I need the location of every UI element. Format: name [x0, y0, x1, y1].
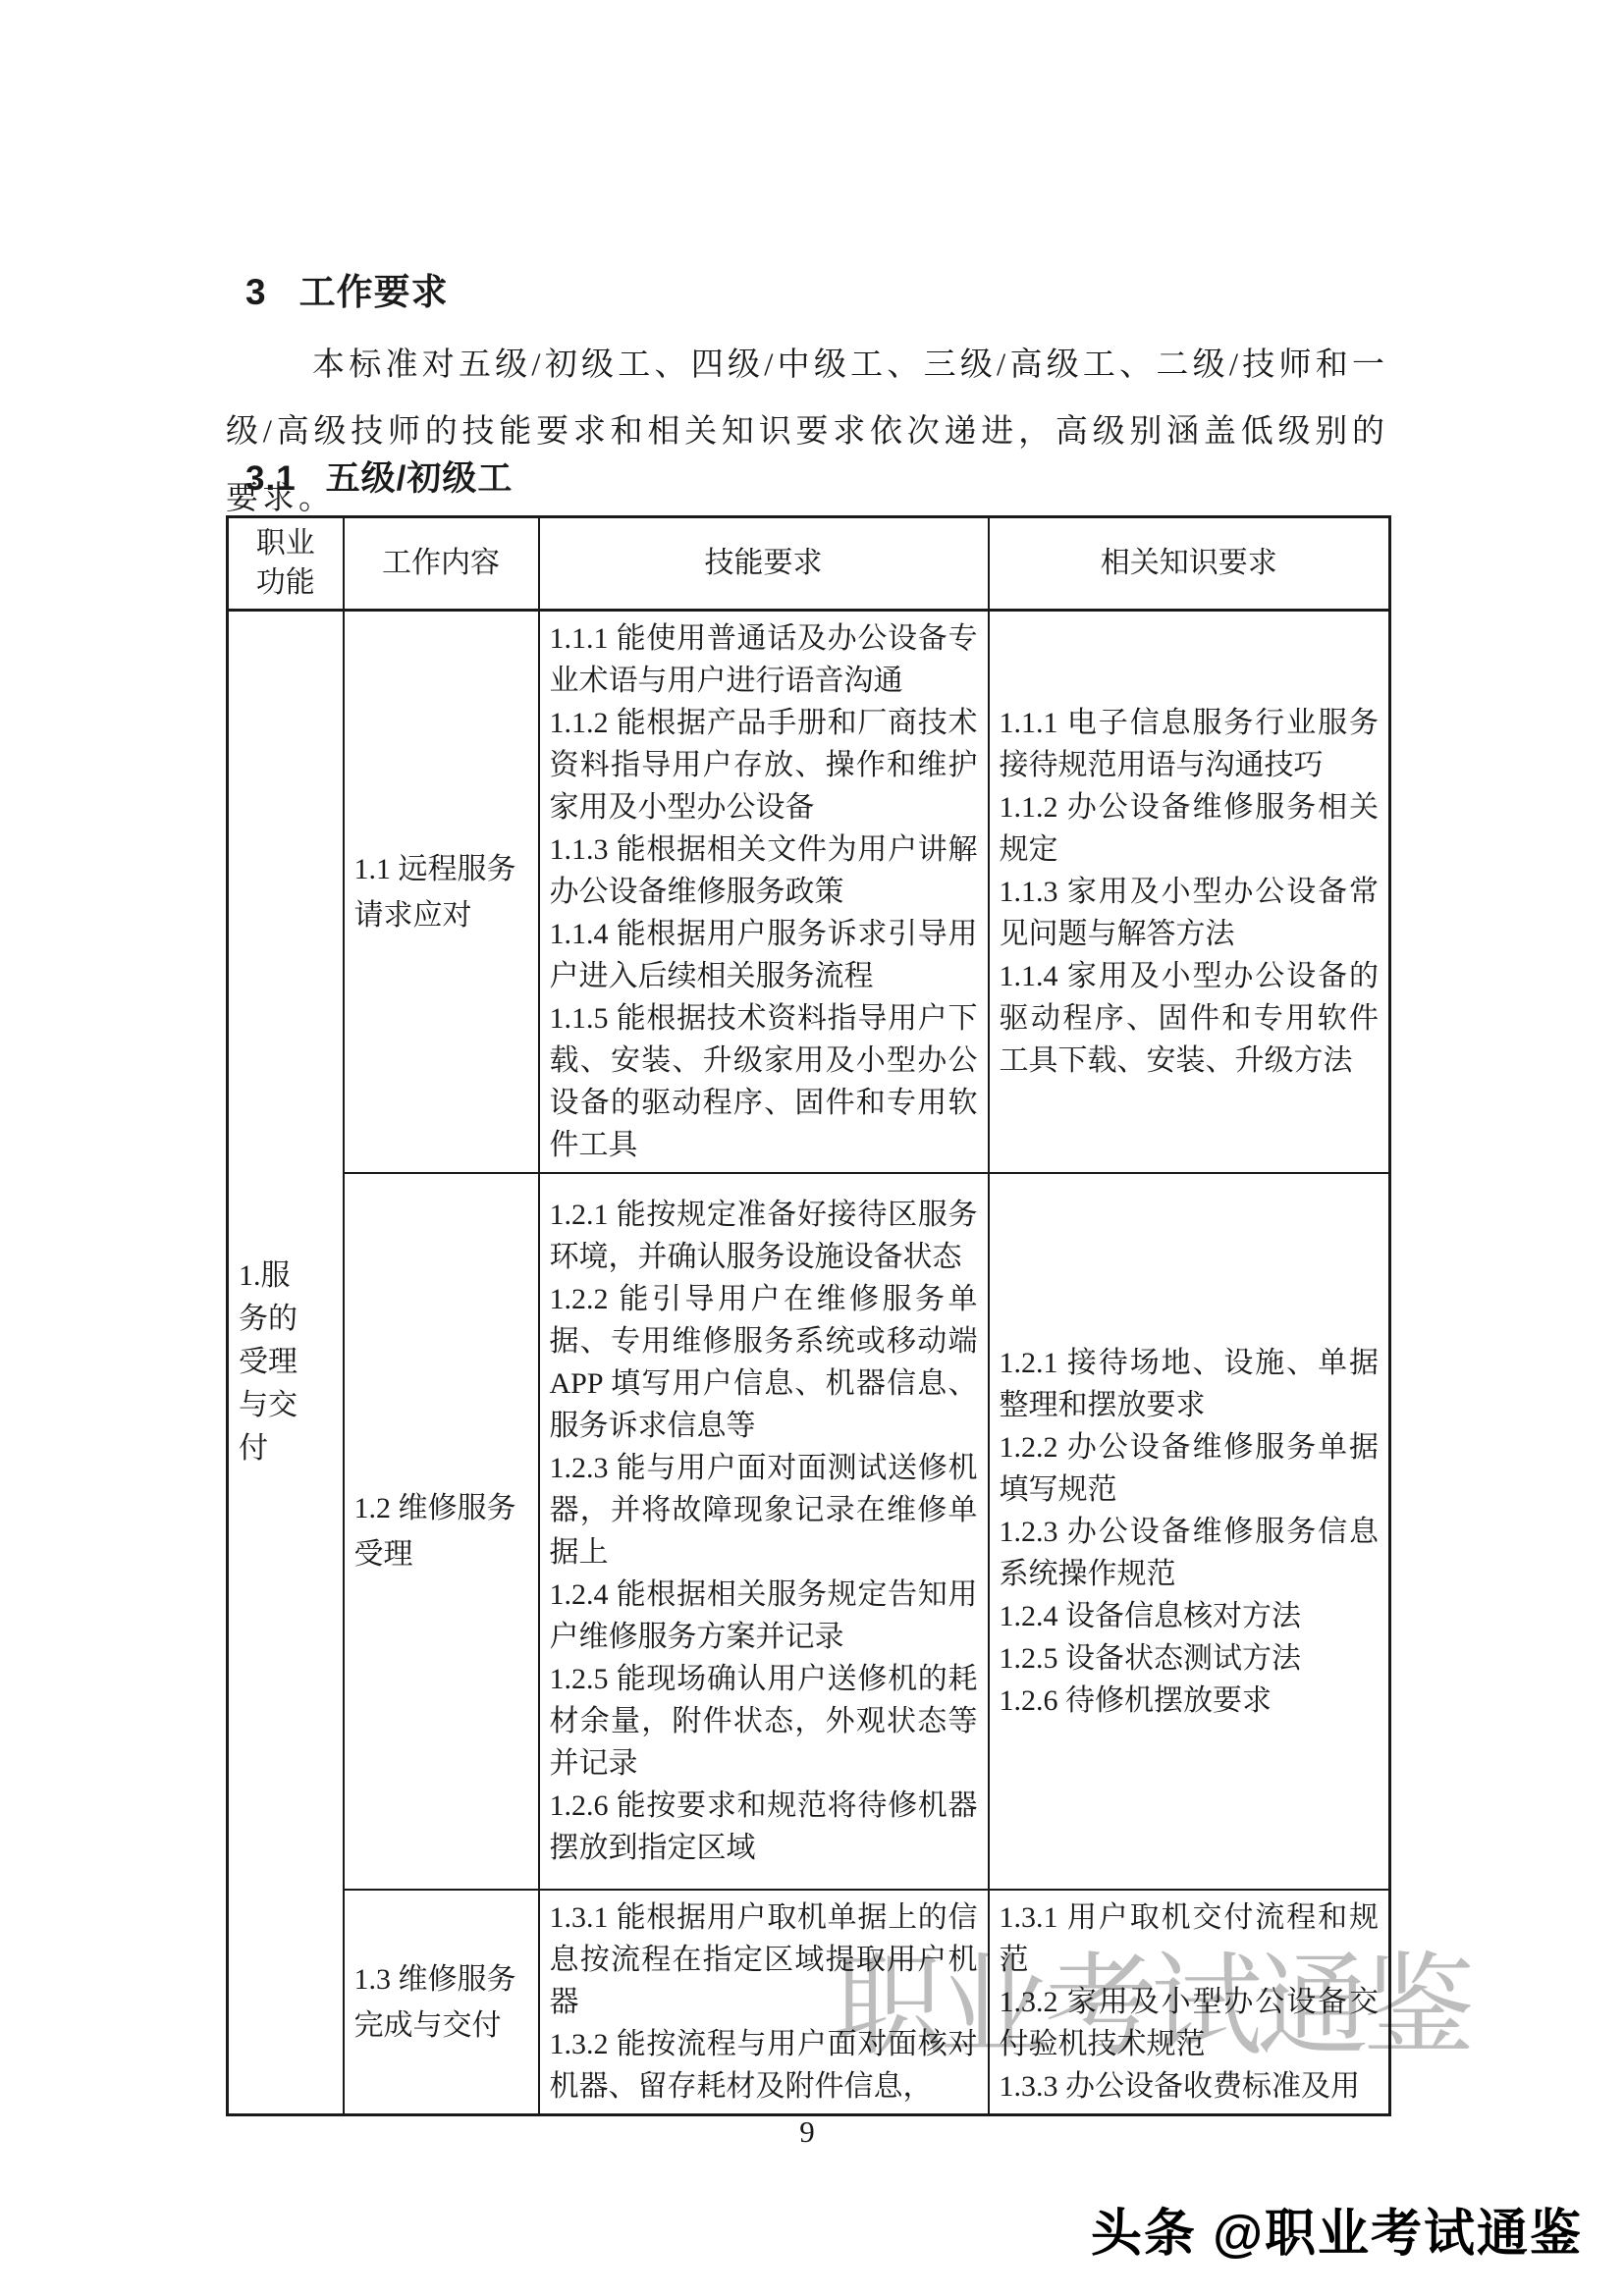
cell-line: 工作内容	[354, 544, 528, 583]
cell-line: 1.2.3 能与用户面对面测试送修机器，并将故障现象记录在维修单据上	[550, 1447, 978, 1574]
cell-line: 1.2.5 设备状态测试方法	[1000, 1637, 1380, 1680]
cell-line: 1.2.1 接待场地、设施、单据整理和摆放要求	[1000, 1342, 1380, 1426]
work-cell-1-3: 1.3 维修服务完成与交付	[344, 1890, 539, 2115]
work-cell-1-1: 1.1 远程服务请求应对	[344, 611, 539, 1174]
cell-line: 请求应对	[354, 892, 528, 938]
cell-line: 1.1.5 能根据技术资料指导用户下载、安装、升级家用及小型办公设备的驱动程序、…	[550, 997, 978, 1166]
section-title: 工作要求	[299, 273, 449, 312]
cell-line: 1.3.3 办公设备收费标准及用	[1000, 2065, 1380, 2108]
cell-line: 职业	[239, 524, 333, 563]
cell-line: 与交	[239, 1384, 333, 1427]
cell-line: 受理	[354, 1531, 528, 1577]
cell-line: 1.服	[239, 1255, 333, 1298]
subsection-title: 五级/初级工	[326, 459, 514, 498]
cell-line: 技能要求	[550, 544, 978, 583]
knowledge-cell-1-2: 1.2.1 接待场地、设施、单据整理和摆放要求1.2.2 办公设备维修服务单据填…	[989, 1173, 1390, 1890]
cell-line: 完成与交付	[354, 2002, 528, 2049]
cell-line: 1.1.1 能使用普通话及办公设备专业术语与用户进行语音沟通	[550, 617, 978, 702]
cell-line: 受理	[239, 1341, 333, 1384]
knowledge-cell-1-1: 1.1.1 电子信息服务行业服务接待规范用语与沟通技巧1.1.2 办公设备维修服…	[989, 611, 1390, 1174]
section-heading: 3工作要求	[245, 273, 449, 312]
header-knowledge-requirements: 相关知识要求	[989, 517, 1390, 611]
cell-line: 1.2.2 办公设备维修服务单据填写规范	[1000, 1426, 1380, 1511]
watermark: 职业考试通鉴	[833, 1951, 1469, 2063]
cell-line: 功能	[239, 563, 333, 603]
cell-line: 1.1.3 家用及小型办公设备常见问题与解答方法	[1000, 871, 1380, 955]
work-cell-1-2: 1.2 维修服务受理	[344, 1173, 539, 1890]
subsection-heading: 3.1五级/初级工	[245, 459, 513, 499]
cell-line: 1.1.4 家用及小型办公设备的驱动程序、固件和专用软件工具下载、安装、升级方法	[1000, 955, 1380, 1082]
function-cell: 1.服务的受理与交付	[228, 611, 344, 2115]
section-number: 3	[245, 273, 267, 312]
document-page: 3工作要求 本标准对五级/初级工、四级/中级工、三级/高级工、二级/技师和一级/…	[0, 0, 1624, 2296]
cell-line: 1.2.3 办公设备维修服务信息系统操作规范	[1000, 1511, 1380, 1595]
skill-cell-1-2: 1.2.1 能按规定准备好接待区服务环境，并确认服务设施设备状态1.2.2 能引…	[539, 1173, 989, 1890]
cell-line: 1.1 远程服务	[354, 846, 528, 892]
page-number: 9	[226, 2114, 1388, 2150]
footer-credit: 头条 @职业考试通鉴	[1091, 2205, 1583, 2264]
cell-line: 1.2.1 能按规定准备好接待区服务环境，并确认服务设施设备状态	[550, 1194, 978, 1278]
header-work-content: 工作内容	[344, 517, 539, 611]
cell-line: 1.2.5 能现场确认用户送修机的耗材余量，附件状态，外观状态等并记录	[550, 1658, 978, 1785]
cell-line: 1.1.2 能根据产品手册和厂商技术资料指导用户存放、操作和维护家用及小型办公设…	[550, 702, 978, 828]
cell-line: 1.3 维修服务	[354, 1956, 528, 2002]
table-row: 1.2 维修服务受理 1.2.1 能按规定准备好接待区服务环境，并确认服务设施设…	[228, 1173, 1390, 1890]
table-header-row: 职业功能 工作内容 技能要求 相关知识要求	[228, 517, 1390, 611]
cell-line: 1.2.6 能按要求和规范将待修机器摆放到指定区域	[550, 1785, 978, 1869]
skill-cell-1-1: 1.1.1 能使用普通话及办公设备专业术语与用户进行语音沟通1.1.2 能根据产…	[539, 611, 989, 1174]
cell-line: 务的	[239, 1298, 333, 1341]
cell-line: 相关知识要求	[1000, 544, 1380, 583]
cell-line: 1.1.2 办公设备维修服务相关规定	[1000, 786, 1380, 871]
cell-line: 付	[239, 1427, 333, 1470]
cell-line: 1.2 维修服务	[354, 1485, 528, 1531]
header-skill-requirements: 技能要求	[539, 517, 989, 611]
table-row: 1.服务的受理与交付 1.1 远程服务请求应对 1.1.1 能使用普通话及办公设…	[228, 611, 1390, 1174]
cell-line: 1.1.3 能根据相关文件为用户讲解办公设备维修服务政策	[550, 828, 978, 913]
cell-line: 1.2.4 设备信息核对方法	[1000, 1595, 1380, 1637]
cell-line: 1.1.1 电子信息服务行业服务接待规范用语与沟通技巧	[1000, 702, 1380, 786]
cell-line: 1.2.2 能引导用户在维修服务单据、专用维修服务系统或移动端 APP 填写用户…	[550, 1278, 978, 1447]
cell-line: 1.2.4 能根据相关服务规定告知用户维修服务方案并记录	[550, 1574, 978, 1658]
header-occupational-function: 职业功能	[228, 517, 344, 611]
intro-paragraph: 本标准对五级/初级工、四级/中级工、三级/高级工、二级/技师和一级/高级技师的技…	[226, 332, 1388, 532]
subsection-number: 3.1	[245, 459, 297, 498]
cell-line: 1.1.4 能根据用户服务诉求引导用户进入后续相关服务流程	[550, 913, 978, 997]
cell-line: 1.2.6 待修机摆放要求	[1000, 1680, 1380, 1722]
requirements-table: 职业功能 工作内容 技能要求 相关知识要求 1.服务的受理与交付 1.1 远程服…	[226, 515, 1391, 2116]
